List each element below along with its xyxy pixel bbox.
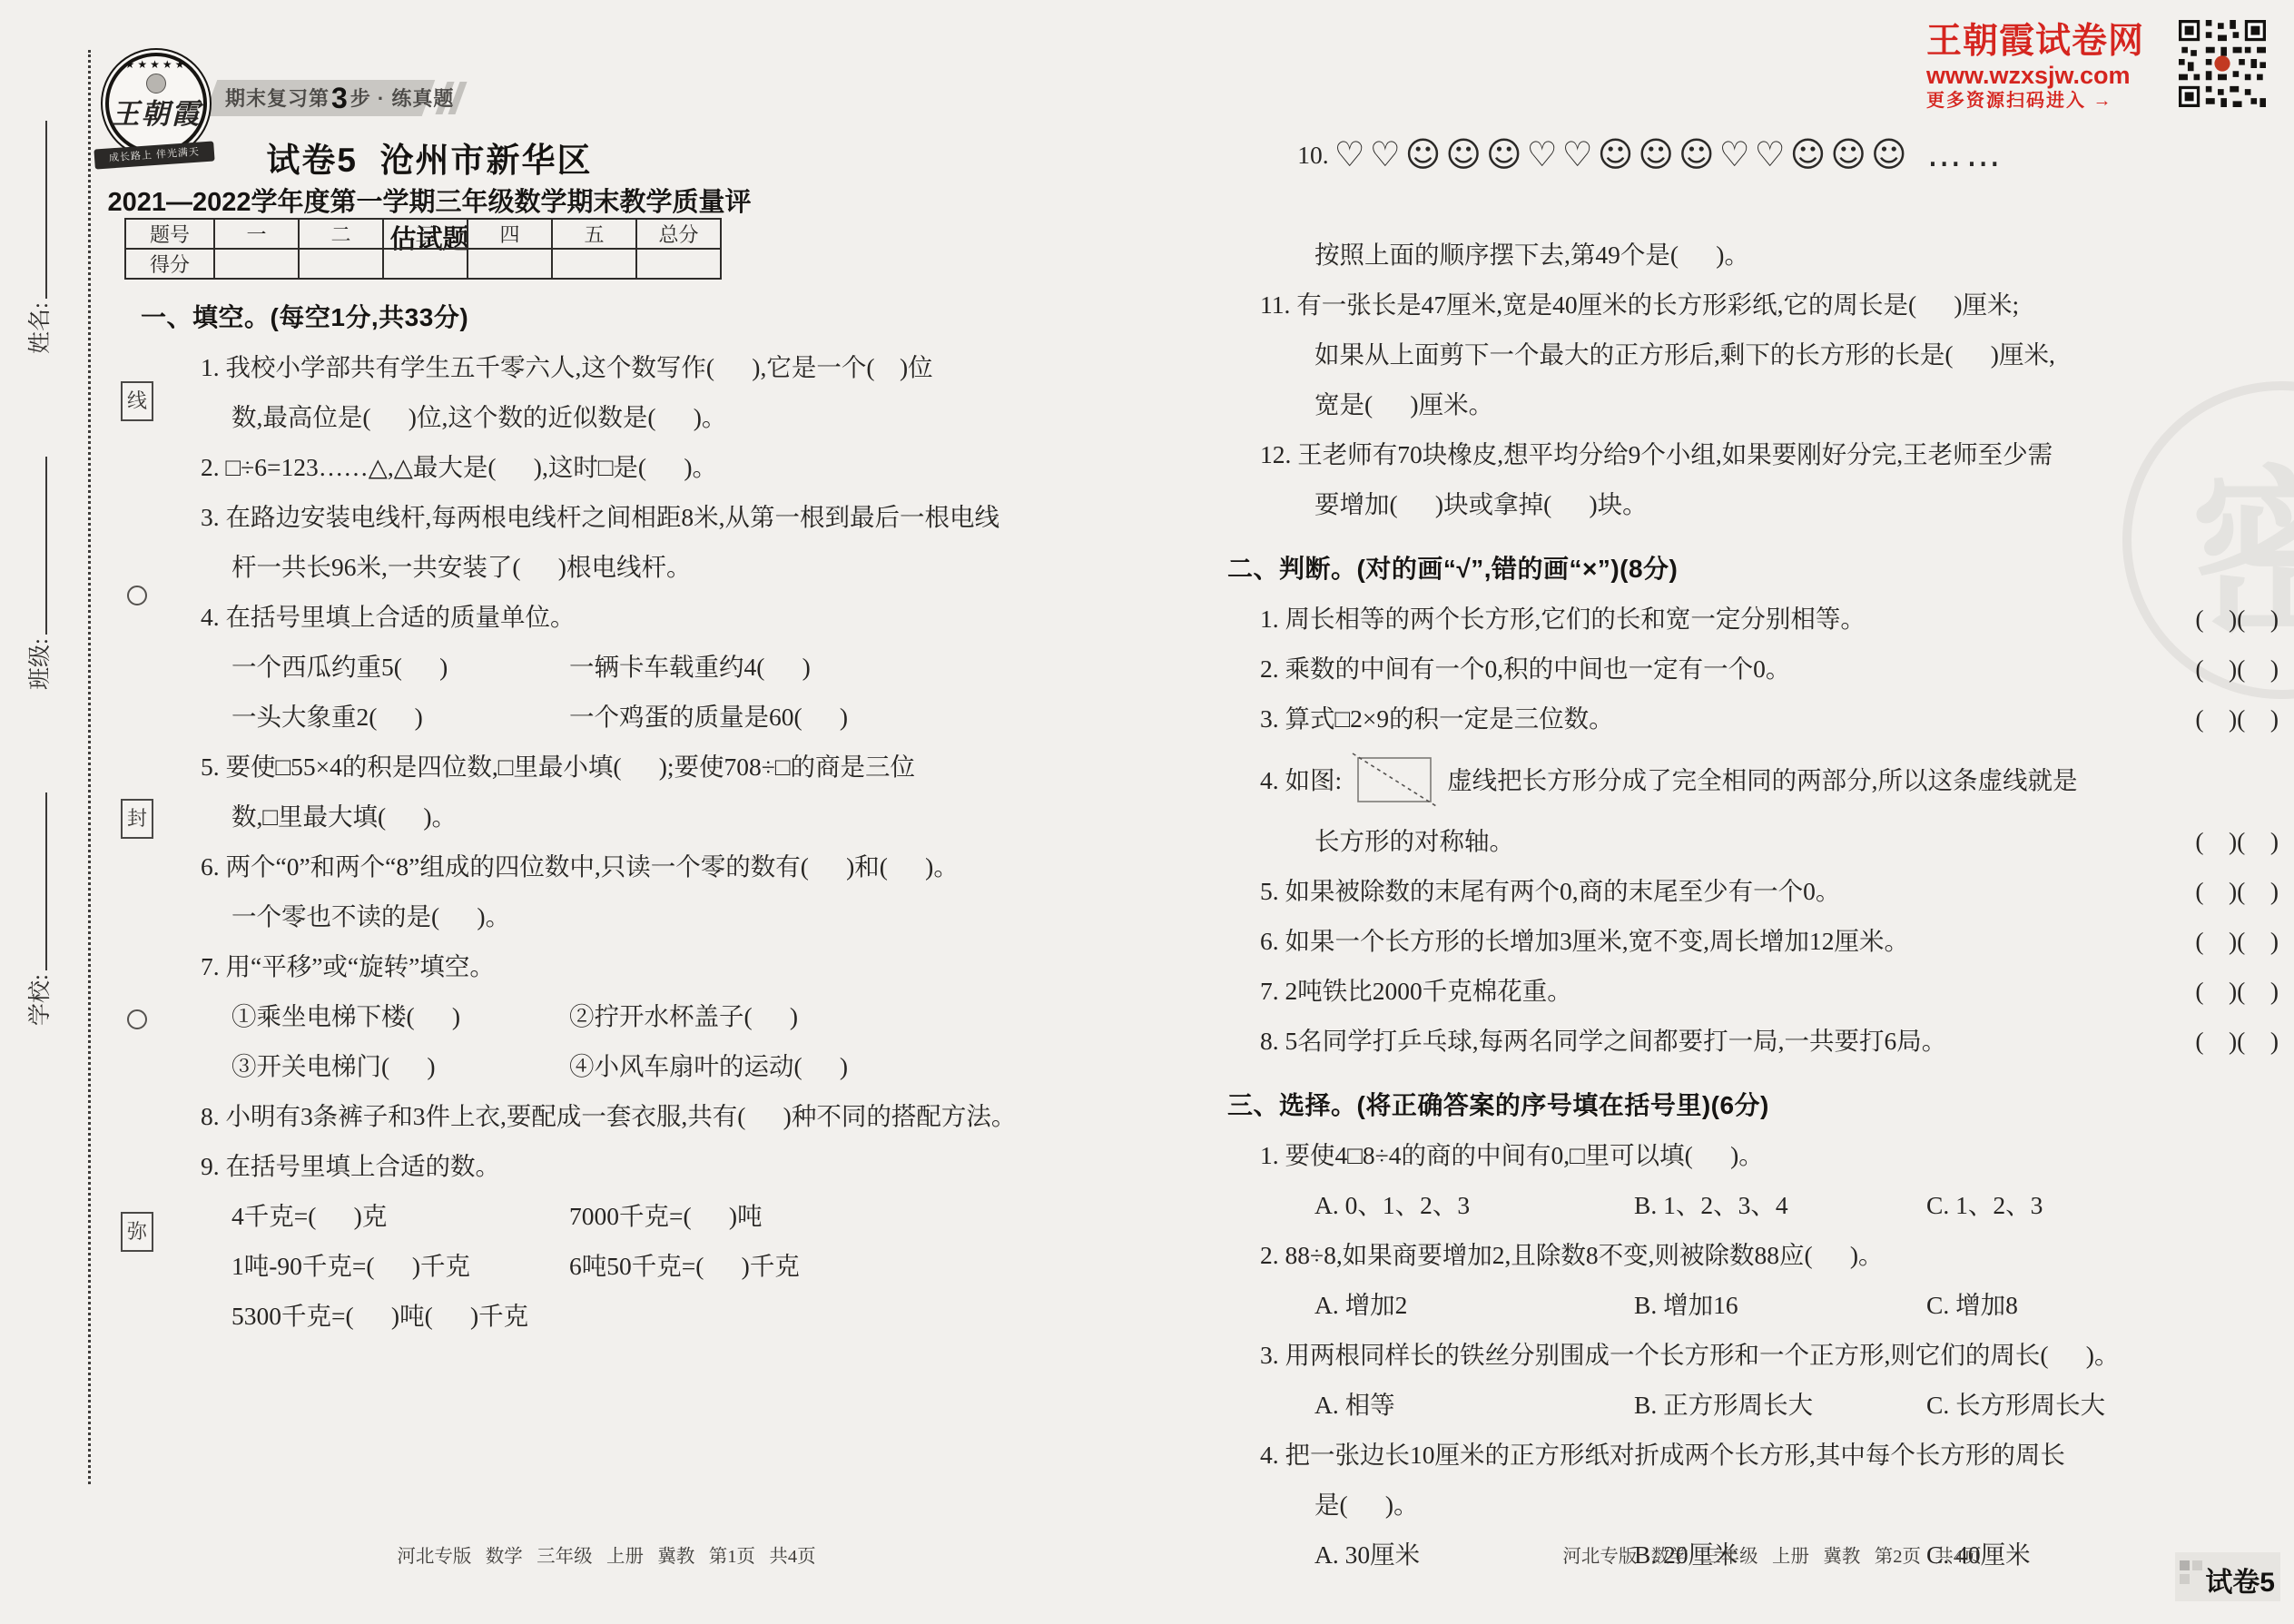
question-line: 一个零也不读的是( )。 [141, 891, 1105, 941]
pair-left: ③开关电梯门( ) [231, 1041, 569, 1091]
badge-name: 王朝霞 [109, 91, 203, 132]
tab-label: 试卷5 [2205, 1560, 2275, 1599]
judge-row: 6. 如果一个长方形的长增加3厘米,宽不变,周长增加12厘米。( )( ) [1227, 916, 2279, 966]
answer-parens: ( )( ) [2188, 1016, 2279, 1066]
judge-row: 长方形的对称轴。( )( ) [1227, 816, 2279, 866]
school-blank-line [23, 792, 47, 970]
step-banner: 期末复习第3步 · 练真题 [225, 80, 454, 116]
option-a: A. 0、1、2、3 [1314, 1180, 1634, 1230]
choice-options-row: A. 0、1、2、3B. 1、2、3、4C. 1、2、3 [1227, 1180, 2279, 1230]
publisher-badge-logo: ★★★★★ 王朝霞 [105, 53, 207, 154]
score-cell-empty [552, 249, 636, 279]
question-line: 数,最高位是( )位,这个数的近似数是( )。 [141, 392, 1105, 442]
question-line: 是( )。 [1227, 1480, 2279, 1530]
section-1-heading: 一、填空。(每空1分,共33分) [141, 292, 1105, 342]
banner-text-pre: 期末复习第 [225, 87, 330, 110]
pair-left: 一个西瓜约重5( ) [231, 642, 569, 692]
pair-left: 一头大象重2( ) [231, 692, 569, 742]
judge-text: 7. 2吨铁比2000千克棉花重。 [1260, 966, 2188, 1016]
question-line: 2. 88÷8,如果商要增加2,且除数8不变,则被除数88应( )。 [1227, 1230, 2279, 1280]
binding-school-field: 学校: [22, 753, 53, 1026]
school-label: 学校: [22, 974, 54, 1026]
right-page-body: 10.♡♡☺☺☺♡♡☺☺☺♡♡☺☺☺ …… 按照上面的顺序摆下去,第49个是( … [1227, 77, 2279, 1580]
judge-row: 3. 算式□2×9的积一定是三位数。( )( ) [1227, 694, 2279, 743]
seal-char-1: 线 [121, 381, 153, 421]
tab-square-icon [2180, 1560, 2190, 1570]
judge-text: 4. 如图: [1227, 755, 1342, 805]
question-line: 2. □÷6=123……△,△最大是( ),这时□是( )。 [141, 442, 1105, 492]
pair-right: 一辆卡车载重约4( ) [569, 642, 811, 692]
question-line: 4. 在括号里填上合适的质量单位。 [141, 592, 1105, 642]
question-pair-row: 一头大象重2( )一个鸡蛋的质量是60( ) [141, 692, 1105, 742]
seal-stamp-icon [127, 586, 147, 605]
score-col: 总分 [636, 219, 721, 249]
judge-text: 6. 如果一个长方形的长增加3厘米,宽不变,周长增加12厘米。 [1260, 916, 2188, 966]
name-blank-line [23, 121, 47, 299]
score-col: 四 [468, 219, 552, 249]
site-name: 王朝霞试卷网 [1926, 22, 2173, 62]
score-cell-empty [468, 249, 552, 279]
question-line: 1. 我校小学部共有学生五千零六人,这个数写作( ),它是一个( )位 [141, 342, 1105, 392]
judge-row: 5. 如果被除数的末尾有两个0,商的末尾至少有一个0。( )( ) [1227, 866, 2279, 916]
question-line: 按照上面的顺序摆下去,第49个是( )。 [1227, 230, 2279, 280]
choice-options-row: A. 相等B. 正方形周长大C. 长方形周长大 [1227, 1380, 2279, 1430]
heart-smiley-pattern-icons: ♡♡☺☺☺♡♡☺☺☺♡♡☺☺☺ …… [1334, 134, 2005, 174]
name-label: 姓名: [22, 302, 54, 354]
score-table-header-row: 题号 一 二 三 四 五 总分 [125, 219, 721, 249]
question-pair-row: 5300千克=( )吨( )千克 [141, 1291, 1105, 1341]
option-b: B. 正方形周长大 [1634, 1380, 1926, 1430]
score-col: 一 [214, 219, 299, 249]
pair-right: 7000千克=( )吨 [569, 1191, 763, 1241]
question-line: 12. 王老师有70块橡皮,想平均分给9个小组,如果要刚好分完,王老师至少需 [1227, 429, 2279, 479]
score-cell-empty [299, 249, 383, 279]
question-line: 5. 要使□55×4的积是四位数,□里最小填( );要使708÷□的商是三位 [141, 742, 1105, 792]
page-footer-left: 河北专版 数学 三年级 上册 冀教 第1页 共4页 [124, 1540, 1088, 1568]
question-symbol-row: 10.♡♡☺☺☺♡♡☺☺☺♡♡☺☺☺ …… [1227, 77, 2279, 230]
judge-text: 5. 如果被除数的末尾有两个0,商的末尾至少有一个0。 [1260, 866, 2188, 916]
answer-parens: ( )( ) [2188, 966, 2279, 1016]
option-b: B. 增加16 [1634, 1280, 1926, 1330]
question-line: 如果从上面剪下一个最大的正方形后,剩下的长方形的长是( )厘米, [1227, 330, 2279, 379]
question-line: 杆一共长96米,一共安装了( )根电线杆。 [141, 542, 1105, 592]
question-line: 1. 要使4□8÷4的商的中间有0,□里可以填( )。 [1227, 1130, 2279, 1180]
section-3-heading: 三、选择。(将正确答案的序号填在括号里)(6分) [1227, 1080, 2279, 1130]
question-line: 11. 有一张长是47厘米,宽是40厘米的长方形彩纸,它的周长是( )厘米; [1227, 280, 2279, 330]
answer-parens: ( )( ) [2188, 916, 2279, 966]
question-pair-row: 一个西瓜约重5( )一辆卡车载重约4( ) [141, 642, 1105, 692]
badge-stars-icon: ★★★★★ [109, 58, 203, 71]
question-pair-row: 4千克=( )克7000千克=( )吨 [141, 1191, 1105, 1241]
watermark-char: 密 [2191, 410, 2294, 671]
option-b: B. 1、2、3、4 [1634, 1180, 1926, 1230]
question-line: 数,□里最大填( )。 [141, 792, 1105, 842]
score-col: 二 [299, 219, 383, 249]
question-line: 9. 在括号里填上合适的数。 [141, 1141, 1105, 1191]
judge-row: 2. 乘数的中间有一个0,积的中间也一定有一个0。( )( ) [1227, 644, 2279, 694]
rectangle-diagonal-figure [1351, 753, 1438, 807]
binding-class-field: 班级: [22, 418, 53, 690]
choice-options-row: A. 增加2B. 增加16C. 增加8 [1227, 1280, 2279, 1330]
score-cell-empty [636, 249, 721, 279]
class-blank-line [23, 457, 47, 635]
score-row-label: 得分 [125, 249, 214, 279]
question-pair-row: ①乘坐电梯下楼( )②拧开水杯盖子( ) [141, 991, 1105, 1041]
pair-left: 1吨-90千克=( )千克 [231, 1241, 569, 1291]
option-c: C. 长方形周长大 [1926, 1380, 2105, 1430]
score-cell-empty [383, 249, 468, 279]
tab-square-icon [2180, 1574, 2190, 1584]
judge-text: 8. 5名同学打乒乓球,每两名同学之间都要打一局,一共要打6局。 [1260, 1016, 2188, 1066]
answer-parens: ( )( ) [2188, 816, 2279, 866]
score-table: 题号 一 二 三 四 五 总分 得分 [124, 218, 722, 280]
score-cell-empty [214, 249, 299, 279]
page-footer-right: 河北专版 数学 三年级 上册 冀教 第2页 共4页 [1318, 1540, 2226, 1568]
banner-step-number: 3 [330, 82, 350, 114]
option-c: C. 增加8 [1926, 1280, 2018, 1330]
section-2-heading: 二、判断。(对的画“√”,错的画“×”)(8分) [1227, 544, 2279, 594]
pair-left: 4千克=( )克 [231, 1191, 569, 1241]
judge-text: 长方形的对称轴。 [1314, 816, 2188, 866]
question-line: 8. 小明有3条裤子和3件上衣,要配成一套衣服,共有( )种不同的搭配方法。 [141, 1091, 1105, 1141]
pair-right: 6吨50千克=( )千克 [569, 1241, 800, 1291]
question-line: 3. 在路边安装电线杆,每两根电线杆之间相距8米,从第一根到最后一根电线 [141, 492, 1105, 542]
answer-parens: ( )( ) [2188, 866, 2279, 916]
paper-corner-tab: 试卷5 [2175, 1552, 2280, 1601]
pair-left: ①乘坐电梯下楼( ) [231, 991, 569, 1041]
banner-text-post: 步 · 练真题 [350, 87, 455, 110]
score-table-corner: 题号 [125, 219, 214, 249]
tab-square-icon [2192, 1560, 2202, 1570]
exam-paper-scan: 姓名: 班级: 学校: 线 封 弥 ★★★★★ 王朝霞 成长路上 伴光满天 期末… [0, 0, 2294, 1624]
option-c: C. 1、2、3 [1926, 1180, 2043, 1230]
option-a: A. 增加2 [1314, 1280, 1634, 1330]
score-col: 三 [383, 219, 468, 249]
seal-char-2: 封 [121, 799, 153, 839]
question-pair-row: 1吨-90千克=( )千克6吨50千克=( )千克 [141, 1241, 1105, 1291]
judge-text: 虚线把长方形分成了完全相同的两部分,所以这条虚线就是 [1447, 755, 2077, 805]
judge-row: 8. 5名同学打乒乓球,每两名同学之间都要打一局,一共要打6局。( )( ) [1227, 1016, 2279, 1066]
left-page-body: 一、填空。(每空1分,共33分) 1. 我校小学部共有学生五千零六人,这个数写作… [141, 292, 1105, 1341]
judge-text: 2. 乘数的中间有一个0,积的中间也一定有一个0。 [1260, 644, 2188, 694]
pair-right: ④小风车扇叶的运动( ) [569, 1041, 848, 1091]
question-line: 3. 用两根同样长的铁丝分别围成一个长方形和一个正方形,则它们的周长( )。 [1227, 1330, 2279, 1380]
question-line: 要增加( )块或拿掉( )块。 [1227, 479, 2279, 529]
question-line: 4. 把一张边长10厘米的正方形纸对折成两个长方形,其中每个长方形的周长 [1227, 1430, 2279, 1480]
judge-text: 3. 算式□2×9的积一定是三位数。 [1260, 694, 2188, 743]
judge-row: 1. 周长相等的两个长方形,它们的长和宽一定分别相等。( )( ) [1227, 594, 2279, 644]
question-line: 7. 用“平移”或“旋转”填空。 [141, 941, 1105, 991]
binding-dotted-line [88, 50, 91, 1484]
class-label: 班级: [22, 638, 54, 690]
seal-char-3: 弥 [121, 1212, 153, 1252]
pair-left: 5300千克=( )吨( )千克 [231, 1291, 569, 1341]
question-line: 宽是( )厘米。 [1227, 379, 2279, 429]
option-a: A. 相等 [1314, 1380, 1634, 1430]
judge-text: 1. 周长相等的两个长方形,它们的长和宽一定分别相等。 [1260, 594, 2188, 644]
pair-right: ②拧开水杯盖子( ) [569, 991, 798, 1041]
question-line: 6. 两个“0”和两个“8”组成的四位数中,只读一个零的数有( )和( )。 [141, 842, 1105, 891]
question-pair-row: ③开关电梯门( )④小风车扇叶的运动( ) [141, 1041, 1105, 1091]
binding-name-field: 姓名: [22, 82, 53, 354]
score-col: 五 [552, 219, 636, 249]
judge-row-with-figure: 4. 如图: 虚线把长方形分成了完全相同的两部分,所以这条虚线就是 [1227, 743, 2279, 816]
pair-right: 一个鸡蛋的质量是60( ) [569, 692, 848, 742]
question-number: 10. [1297, 141, 1334, 169]
seal-stamp-icon [127, 1009, 147, 1029]
answer-parens: ( )( ) [2188, 694, 2279, 743]
judge-row: 7. 2吨铁比2000千克棉花重。( )( ) [1227, 966, 2279, 1016]
score-table-score-row: 得分 [125, 249, 721, 279]
